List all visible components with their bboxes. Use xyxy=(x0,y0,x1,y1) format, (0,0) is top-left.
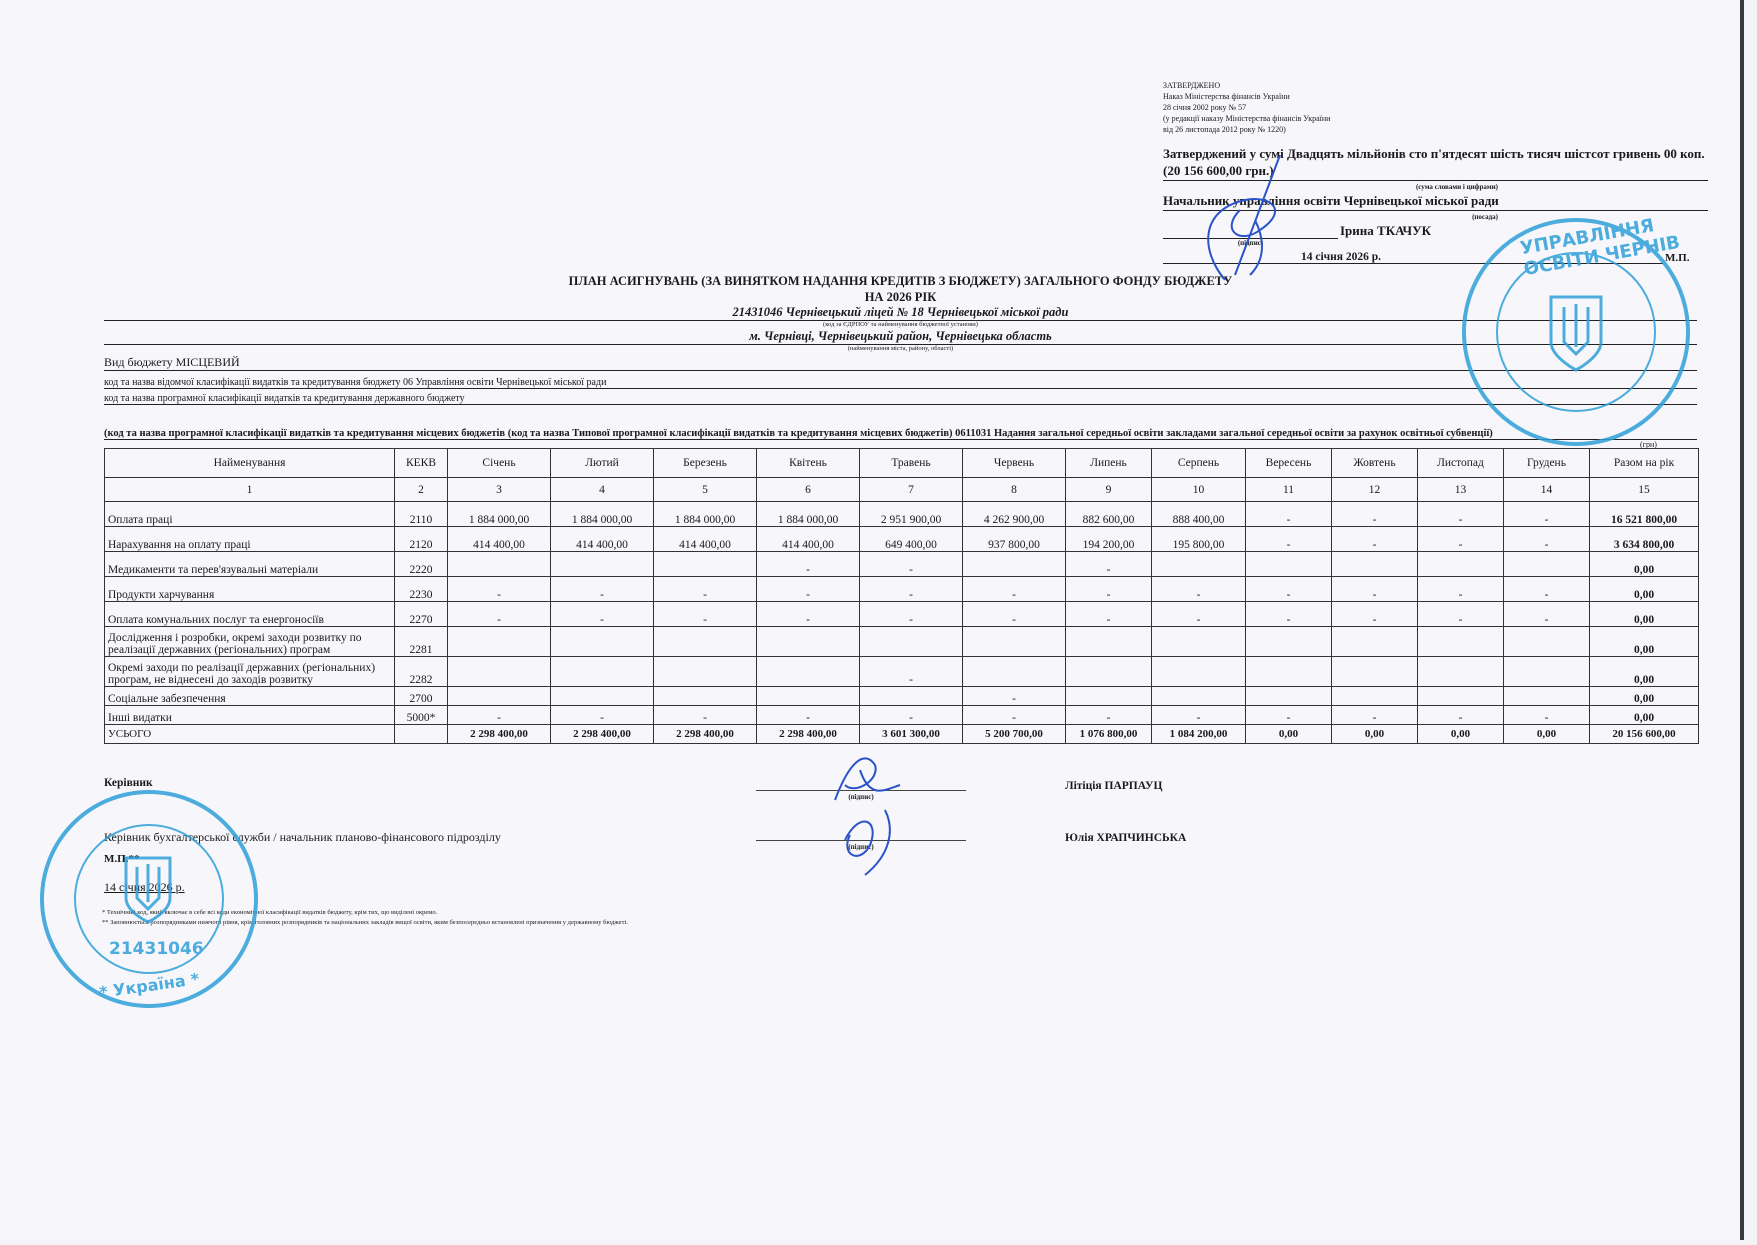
column-header: Лютий xyxy=(551,449,654,478)
row-kekv-code: 2220 xyxy=(395,552,448,577)
month-value xyxy=(654,657,757,687)
month-value: - xyxy=(1246,706,1332,725)
column-number: 6 xyxy=(757,478,860,502)
month-value xyxy=(757,627,860,657)
table-row: Продукти харчування2230------------0,00 xyxy=(105,577,1699,602)
column-header: Липень xyxy=(1066,449,1152,478)
month-value: 1 084 200,00 xyxy=(1152,725,1246,744)
month-value: - xyxy=(1152,706,1246,725)
month-value: 1 884 000,00 xyxy=(551,502,654,527)
month-value: - xyxy=(1418,602,1504,627)
row-name: Інші видатки xyxy=(105,706,395,725)
month-value: - xyxy=(860,657,963,687)
month-value: - xyxy=(1246,527,1332,552)
budget-type: Вид бюджету МІСЦЕВИЙ xyxy=(104,355,1697,371)
month-value xyxy=(1418,687,1504,706)
column-number: 13 xyxy=(1418,478,1504,502)
column-header: Листопад xyxy=(1418,449,1504,478)
table-column-numbers-row: 123456789101112131415 xyxy=(105,478,1699,502)
row-name: Окремі заходи по реалізації державних (р… xyxy=(105,657,395,687)
month-value: - xyxy=(963,706,1066,725)
annual-total: 20 156 600,00 xyxy=(1590,725,1699,744)
month-value xyxy=(1152,687,1246,706)
month-value: - xyxy=(1332,502,1418,527)
month-value xyxy=(1504,687,1590,706)
month-value xyxy=(1418,627,1504,657)
allocation-table: НайменуванняКЕКВСіченьЛютийБерезеньКвіте… xyxy=(104,448,1699,744)
month-value xyxy=(1152,552,1246,577)
month-value: 2 298 400,00 xyxy=(448,725,551,744)
month-value: - xyxy=(1066,552,1152,577)
month-value: - xyxy=(1504,602,1590,627)
month-value xyxy=(1332,687,1418,706)
month-value: - xyxy=(654,577,757,602)
column-header: Серпень xyxy=(1152,449,1246,478)
month-value: - xyxy=(1066,602,1152,627)
column-number: 5 xyxy=(654,478,757,502)
month-value: - xyxy=(448,706,551,725)
annual-total: 3 634 800,00 xyxy=(1590,527,1699,552)
table-row: Окремі заходи по реалізації державних (р… xyxy=(105,657,1699,687)
row-name: Оплата комунальних послуг та енергоносії… xyxy=(105,602,395,627)
column-header: Травень xyxy=(860,449,963,478)
month-value xyxy=(1152,657,1246,687)
month-value xyxy=(1246,657,1332,687)
table-row: Дослідження і розробки, окремі заходи ро… xyxy=(105,627,1699,657)
column-number: 10 xyxy=(1152,478,1246,502)
month-value: - xyxy=(963,602,1066,627)
month-value xyxy=(1418,657,1504,687)
month-value: - xyxy=(1332,527,1418,552)
order-line: від 26 листопада 2012 року № 1220) xyxy=(1163,124,1708,135)
month-value xyxy=(551,627,654,657)
annual-total: 0,00 xyxy=(1590,687,1699,706)
month-value: 5 200 700,00 xyxy=(963,725,1066,744)
table-row: Соціальне забезпечення2700-0,00 xyxy=(105,687,1699,706)
month-value xyxy=(1152,627,1246,657)
column-number: 2 xyxy=(395,478,448,502)
month-value: - xyxy=(654,706,757,725)
month-value: 649 400,00 xyxy=(860,527,963,552)
table-row: Оплата комунальних послуг та енергоносії… xyxy=(105,602,1699,627)
month-value xyxy=(1418,552,1504,577)
month-value xyxy=(1332,627,1418,657)
row-kekv-code: 2282 xyxy=(395,657,448,687)
month-value: 2 298 400,00 xyxy=(654,725,757,744)
row-kekv-code xyxy=(395,725,448,744)
table-row: Медикаменти та перев'язувальні матеріали… xyxy=(105,552,1699,577)
month-value xyxy=(1332,657,1418,687)
row-name: Оплата праці xyxy=(105,502,395,527)
month-value: - xyxy=(860,552,963,577)
row-kekv-code: 2110 xyxy=(395,502,448,527)
month-value: - xyxy=(1246,577,1332,602)
column-number: 9 xyxy=(1066,478,1152,502)
month-value: 888 400,00 xyxy=(1152,502,1246,527)
month-value xyxy=(654,552,757,577)
month-value: - xyxy=(1152,577,1246,602)
month-value: 195 800,00 xyxy=(1152,527,1246,552)
month-value: - xyxy=(1504,527,1590,552)
month-value: - xyxy=(1332,577,1418,602)
month-value xyxy=(1066,627,1152,657)
column-header: Разом на рік xyxy=(1590,449,1699,478)
annual-total: 0,00 xyxy=(1590,602,1699,627)
month-value: - xyxy=(757,552,860,577)
column-number: 7 xyxy=(860,478,963,502)
month-value: - xyxy=(963,687,1066,706)
month-value xyxy=(1246,687,1332,706)
location-caption: (найменування міста, району, області) xyxy=(104,345,1697,352)
month-value: 1 076 800,00 xyxy=(1066,725,1152,744)
month-value xyxy=(963,627,1066,657)
accountant-name: Юлія ХРАПЧИНСЬКА xyxy=(1065,832,1186,844)
column-header: Квітень xyxy=(757,449,860,478)
table-row: Інші видатки5000*------------0,00 xyxy=(105,706,1699,725)
month-value xyxy=(1066,657,1152,687)
column-number: 11 xyxy=(1246,478,1332,502)
month-value: 0,00 xyxy=(1246,725,1332,744)
month-value: - xyxy=(1418,527,1504,552)
month-value: 414 400,00 xyxy=(757,527,860,552)
month-value: 414 400,00 xyxy=(654,527,757,552)
column-header: Січень xyxy=(448,449,551,478)
month-value: - xyxy=(1332,706,1418,725)
month-value xyxy=(551,687,654,706)
document-title: ПЛАН АСИГНУВАНЬ (ЗА ВИНЯТКОМ НАДАННЯ КРЕ… xyxy=(104,274,1697,289)
month-value: - xyxy=(757,602,860,627)
month-value xyxy=(1504,627,1590,657)
column-number: 4 xyxy=(551,478,654,502)
month-value: - xyxy=(551,602,654,627)
column-header: КЕКВ xyxy=(395,449,448,478)
annual-total: 0,00 xyxy=(1590,706,1699,725)
month-value xyxy=(1066,687,1152,706)
departmental-classification: код та назва відомчої класифікації видат… xyxy=(104,377,1697,389)
head-label: Керівник xyxy=(104,777,153,789)
month-value xyxy=(448,657,551,687)
month-value xyxy=(963,552,1066,577)
month-value: - xyxy=(1418,577,1504,602)
approval-order: ЗАТВЕРДЖЕНО Наказ Міністерства фінансів … xyxy=(1163,80,1708,135)
lyceum-stamp: 21431046 * Україна * xyxy=(40,790,258,1008)
month-value: - xyxy=(1418,502,1504,527)
month-value xyxy=(448,687,551,706)
order-line: Наказ Міністерства фінансів України xyxy=(1163,91,1708,102)
month-value: - xyxy=(860,577,963,602)
state-program-classification: код та назва програмної класифікації вид… xyxy=(104,393,1697,405)
row-name: Продукти харчування xyxy=(105,577,395,602)
month-value: - xyxy=(1246,602,1332,627)
month-value xyxy=(654,627,757,657)
stamp-country: * Україна * xyxy=(98,969,200,1002)
month-value: 2 298 400,00 xyxy=(551,725,654,744)
month-value: 882 600,00 xyxy=(1066,502,1152,527)
head-signature-icon xyxy=(805,740,925,880)
month-value: 1 884 000,00 xyxy=(654,502,757,527)
document-page: ЗАТВЕРДЖЕНО Наказ Міністерства фінансів … xyxy=(0,0,1744,1240)
month-value xyxy=(963,657,1066,687)
month-value xyxy=(1246,552,1332,577)
month-value: - xyxy=(654,602,757,627)
month-value: - xyxy=(1504,577,1590,602)
row-kekv-code: 5000* xyxy=(395,706,448,725)
month-value: - xyxy=(757,706,860,725)
column-header: Червень xyxy=(963,449,1066,478)
month-value xyxy=(551,657,654,687)
month-value: 1 884 000,00 xyxy=(757,502,860,527)
annual-total: 0,00 xyxy=(1590,552,1699,577)
row-name: УСЬОГО xyxy=(105,725,395,744)
month-value xyxy=(654,687,757,706)
row-name: Нарахування на оплату праці xyxy=(105,527,395,552)
month-value: - xyxy=(1504,706,1590,725)
approved-label: ЗАТВЕРДЖЕНО xyxy=(1163,80,1708,91)
column-number: 8 xyxy=(963,478,1066,502)
month-value: - xyxy=(860,706,963,725)
month-value: 414 400,00 xyxy=(551,527,654,552)
column-number: 14 xyxy=(1504,478,1590,502)
month-value: 2 951 900,00 xyxy=(860,502,963,527)
month-value: - xyxy=(1066,577,1152,602)
month-value: - xyxy=(1152,602,1246,627)
month-value: - xyxy=(1332,602,1418,627)
month-value xyxy=(1246,627,1332,657)
month-value: 414 400,00 xyxy=(448,527,551,552)
month-value xyxy=(860,687,963,706)
month-value xyxy=(757,687,860,706)
month-value: - xyxy=(551,706,654,725)
institution-location: м. Чернівці, Чернівецький район, Черніве… xyxy=(104,329,1697,345)
column-header: Грудень xyxy=(1504,449,1590,478)
column-number: 3 xyxy=(448,478,551,502)
column-number: 12 xyxy=(1332,478,1418,502)
month-value: - xyxy=(963,577,1066,602)
month-value xyxy=(860,627,963,657)
order-line: 28 січня 2002 року № 57 xyxy=(1163,102,1708,113)
column-header: Вересень xyxy=(1246,449,1332,478)
annual-total: 0,00 xyxy=(1590,627,1699,657)
column-number: 1 xyxy=(105,478,395,502)
row-kekv-code: 2230 xyxy=(395,577,448,602)
month-value: 0,00 xyxy=(1504,725,1590,744)
month-value: - xyxy=(757,577,860,602)
annual-total: 16 521 800,00 xyxy=(1590,502,1699,527)
month-value: - xyxy=(1504,502,1590,527)
month-value: - xyxy=(1246,502,1332,527)
month-value: - xyxy=(860,602,963,627)
month-value xyxy=(1332,552,1418,577)
row-name: Медикаменти та перев'язувальні матеріали xyxy=(105,552,395,577)
column-number: 15 xyxy=(1590,478,1699,502)
table-row: Оплата праці21101 884 000,001 884 000,00… xyxy=(105,502,1699,527)
row-kekv-code: 2120 xyxy=(395,527,448,552)
trident-icon xyxy=(1546,292,1606,372)
institution-name: 21431046 Чернівецький ліцей № 18 Черніве… xyxy=(104,305,1697,321)
row-name: Соціальне забезпечення xyxy=(105,687,395,706)
month-value: 0,00 xyxy=(1418,725,1504,744)
trident-icon xyxy=(122,854,174,926)
annual-total: 0,00 xyxy=(1590,577,1699,602)
row-name: Дослідження і розробки, окремі заходи ро… xyxy=(105,627,395,657)
document-year: НА 2026 РІК xyxy=(104,290,1697,305)
month-value xyxy=(448,627,551,657)
column-header: Жовтень xyxy=(1332,449,1418,478)
approver-name: Ірина ТКАЧУК xyxy=(1338,223,1431,239)
head-name: Літіція ПАРПАУЦ xyxy=(1065,780,1162,792)
month-value: 1 884 000,00 xyxy=(448,502,551,527)
institution-caption: (код за ЄДРПОУ та найменування бюджетної… xyxy=(104,321,1697,328)
month-value: 937 800,00 xyxy=(963,527,1066,552)
month-value xyxy=(448,552,551,577)
order-line: (у редакції наказу Міністерства фінансів… xyxy=(1163,113,1708,124)
row-kekv-code: 2270 xyxy=(395,602,448,627)
annual-total: 0,00 xyxy=(1590,657,1699,687)
month-value: 194 200,00 xyxy=(1066,527,1152,552)
row-kekv-code: 2281 xyxy=(395,627,448,657)
education-department-stamp: УПРАВЛІННЯ ОСВІТИ ЧЕРНІВ xyxy=(1462,218,1690,446)
month-value: - xyxy=(551,577,654,602)
table-header-row: НайменуванняКЕКВСіченьЛютийБерезеньКвіте… xyxy=(105,449,1699,478)
month-value xyxy=(757,657,860,687)
month-value: - xyxy=(448,602,551,627)
month-value: 0,00 xyxy=(1332,725,1418,744)
column-header: Березень xyxy=(654,449,757,478)
approver-signature-icon xyxy=(1180,150,1320,290)
local-program-classification: (код та назва програмної класифікації ви… xyxy=(104,428,1697,440)
month-value xyxy=(1504,552,1590,577)
column-header: Найменування xyxy=(105,449,395,478)
table-row: Нарахування на оплату праці2120414 400,0… xyxy=(105,527,1699,552)
row-kekv-code: 2700 xyxy=(395,687,448,706)
month-value: - xyxy=(1066,706,1152,725)
month-value: - xyxy=(448,577,551,602)
month-value: - xyxy=(1418,706,1504,725)
month-value: 4 262 900,00 xyxy=(963,502,1066,527)
month-value xyxy=(551,552,654,577)
month-value xyxy=(1504,657,1590,687)
stamp-code: 21431046 xyxy=(109,939,204,959)
